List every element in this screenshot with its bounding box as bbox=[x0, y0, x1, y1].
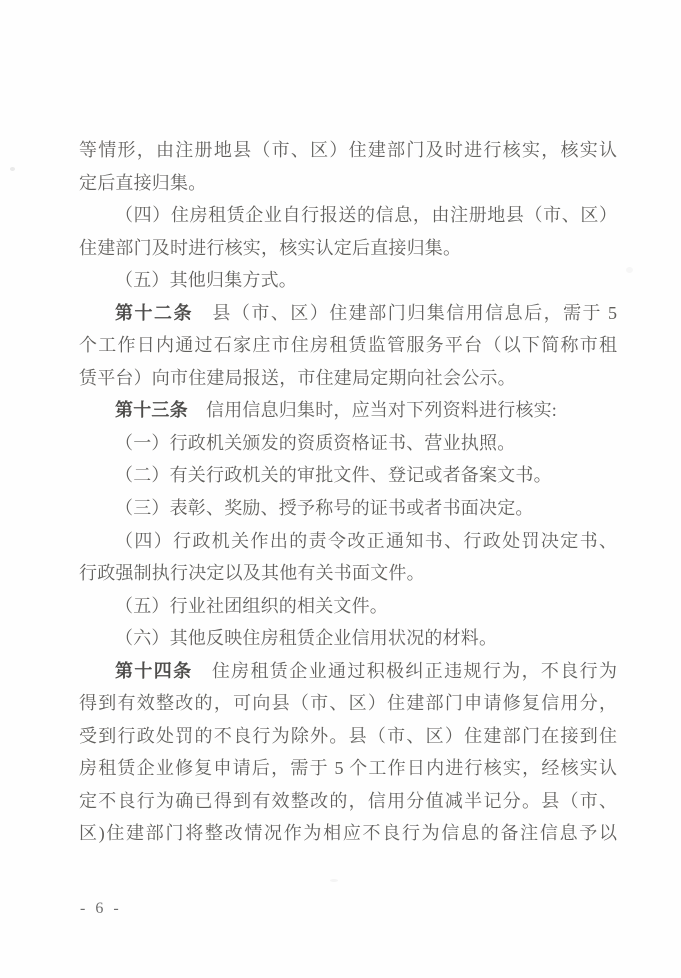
document-body: 等情形，由注册地县（市、区）住建部门及时进行核实，核实认定后直接归集。（四）住房… bbox=[79, 134, 617, 850]
line-text: 住房租赁企业通过积极纠正违规行为，不良行为 bbox=[192, 661, 617, 681]
text-line: 等情形，由注册地县（市、区）住建部门及时进行核实，核实认 bbox=[79, 134, 617, 167]
text-line: 房租赁企业修复申请后，需于 5 个工作日内进行核实，经核实认 bbox=[79, 752, 617, 785]
article-number-bold: 第十三条 bbox=[115, 400, 188, 420]
text-line: （五）其他归集方式。 bbox=[79, 264, 617, 297]
line-text: （四）行政机关作出的责令改正通知书、行政处罚决定书、 bbox=[115, 531, 617, 551]
text-line: 区)住建部门将整改情况作为相应不良行为信息的备注信息予以 bbox=[79, 817, 617, 850]
line-text: （三）表彰、奖励、授予称号的证书或者书面决定。 bbox=[115, 498, 534, 518]
line-text: 赁平台）向市住建局报送，市住建局定期向社会公示。 bbox=[79, 368, 516, 388]
text-line: 受到行政处罚的不良行为除外。县（市、区）住建部门在接到住 bbox=[79, 720, 617, 753]
text-line: 第十三条 信用信息归集时，应当对下列资料进行核实: bbox=[79, 394, 617, 427]
text-line: （四）住房租赁企业自行报送的信息，由注册地县（市、区） bbox=[79, 199, 617, 232]
line-text: 信用信息归集时，应当对下列资料进行核实: bbox=[188, 400, 557, 420]
page-number: - 6 - bbox=[80, 900, 122, 918]
line-text: （五）其他归集方式。 bbox=[115, 270, 297, 290]
text-line: 个工作日内通过石家庄市住房租赁监管服务平台（以下简称市租 bbox=[79, 329, 617, 362]
line-text: 等情形，由注册地县（市、区）住建部门及时进行核实，核实认 bbox=[79, 140, 617, 160]
line-text: 得到有效整改的，可向县（市、区）住建部门申请修复信用分， bbox=[79, 693, 617, 713]
line-text: （五）行业社团组织的相关文件。 bbox=[115, 596, 388, 616]
text-line: （五）行业社团组织的相关文件。 bbox=[79, 590, 617, 623]
text-line: （六）其他反映住房租赁企业信用状况的材料。 bbox=[79, 622, 617, 655]
text-line: 定后直接归集。 bbox=[79, 167, 617, 200]
scan-speckle bbox=[330, 879, 338, 882]
line-text: 定不良行为确已得到有效整改的，信用分值减半记分。县（市、 bbox=[79, 791, 617, 811]
line-text: 住建部门及时进行核实，核实认定后直接归集。 bbox=[79, 238, 461, 258]
text-line: 第十四条 住房租赁企业通过积极纠正违规行为，不良行为 bbox=[79, 655, 617, 688]
text-line: 第十二条 县（市、区）住建部门归集信用信息后，需于 5 bbox=[79, 297, 617, 330]
text-line: 住建部门及时进行核实，核实认定后直接归集。 bbox=[79, 232, 617, 265]
text-line: 得到有效整改的，可向县（市、区）住建部门申请修复信用分， bbox=[79, 687, 617, 720]
article-number-bold: 第十四条 bbox=[115, 661, 192, 681]
line-text: （六）其他反映住房租赁企业信用状况的材料。 bbox=[115, 628, 497, 648]
line-text: 房租赁企业修复申请后，需于 5 个工作日内进行核实，经核实认 bbox=[79, 758, 617, 778]
text-line: （二）有关行政机关的审批文件、登记或者备案文书。 bbox=[79, 459, 617, 492]
line-text: 受到行政处罚的不良行为除外。县（市、区）住建部门在接到住 bbox=[79, 726, 617, 746]
line-text: 定后直接归集。 bbox=[79, 173, 206, 193]
text-line: （一）行政机关颁发的资质资格证书、营业执照。 bbox=[79, 427, 617, 460]
text-line: 赁平台）向市住建局报送，市住建局定期向社会公示。 bbox=[79, 362, 617, 395]
scan-speckle bbox=[626, 267, 633, 273]
text-line: （三）表彰、奖励、授予称号的证书或者书面决定。 bbox=[79, 492, 617, 525]
line-text: （四）住房租赁企业自行报送的信息，由注册地县（市、区） bbox=[115, 205, 617, 225]
text-line: 行政强制执行决定以及其他有关书面文件。 bbox=[79, 557, 617, 590]
text-line: 定不良行为确已得到有效整改的，信用分值减半记分。县（市、 bbox=[79, 785, 617, 818]
line-text: （二）有关行政机关的审批文件、登记或者备案文书。 bbox=[115, 465, 552, 485]
article-number-bold: 第十二条 bbox=[115, 303, 193, 323]
scan-speckle bbox=[10, 167, 15, 171]
line-text: 个工作日内通过石家庄市住房租赁监管服务平台（以下简称市租 bbox=[79, 335, 617, 355]
line-text: 区)住建部门将整改情况作为相应不良行为信息的备注信息予以 bbox=[79, 823, 617, 843]
document-page: 等情形，由注册地县（市、区）住建部门及时进行核实，核实认定后直接归集。（四）住房… bbox=[0, 0, 681, 978]
line-text: 行政强制执行决定以及其他有关书面文件。 bbox=[79, 563, 425, 583]
line-text: （一）行政机关颁发的资质资格证书、营业执照。 bbox=[115, 433, 515, 453]
text-line: （四）行政机关作出的责令改正通知书、行政处罚决定书、 bbox=[79, 525, 617, 558]
line-text: 县（市、区）住建部门归集信用信息后，需于 5 bbox=[193, 303, 617, 323]
